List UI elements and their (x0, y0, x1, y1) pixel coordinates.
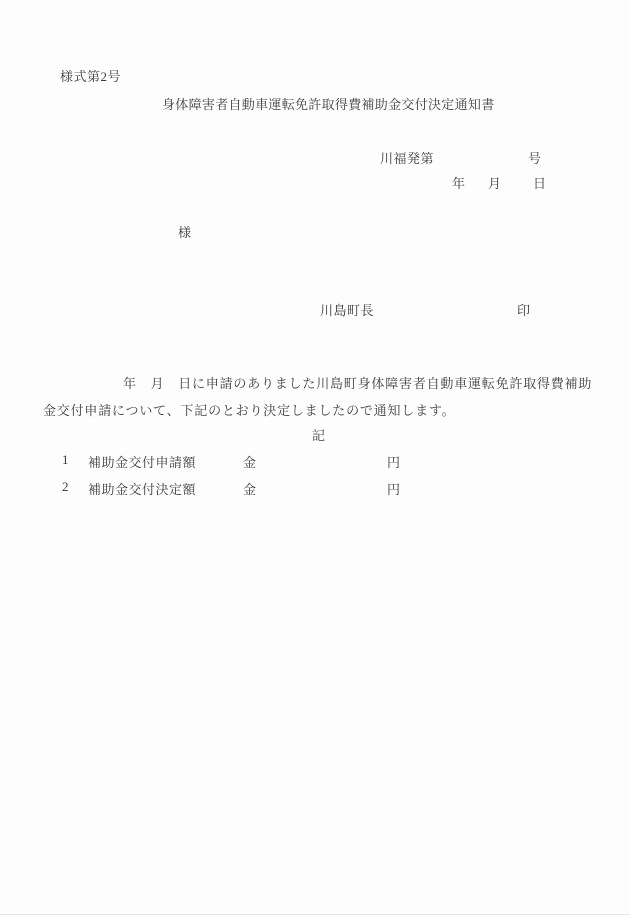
document-title: 身体障害者自動車運転免許取得費補助金交付決定通知書 (162, 94, 495, 113)
date-line: 年 月 日 (0, 173, 630, 189)
notice-document-page: 様式第2号 身体障害者自動車運転免許取得費補助金交付決定通知書 川福発第 号 年… (0, 0, 630, 915)
currency-suffix: 円 (387, 479, 401, 498)
sender-line: 川島町長 印 (0, 300, 630, 316)
date-day-label: 日 (533, 173, 547, 192)
item-number: 2 (62, 479, 69, 495)
item-number: 1 (62, 452, 69, 468)
issue-number-suffix: 号 (528, 148, 542, 167)
issue-number-line: 川福発第 号 (0, 148, 630, 164)
item-row-decision-amount: 2 補助金交付決定額 金 円 (0, 479, 630, 495)
seal-placeholder: 印 (517, 300, 531, 319)
record-marker: 記 (312, 425, 326, 444)
item-row-application-amount: 1 補助金交付申請額 金 円 (0, 452, 630, 468)
date-year-label: 年 (452, 173, 466, 192)
date-month-label: 月 (488, 173, 502, 192)
sender-name: 川島町長 (320, 300, 374, 319)
item-label: 補助金交付申請額 (88, 452, 196, 471)
currency-prefix: 金 (243, 452, 257, 471)
issue-number-prefix: 川福発第 (380, 148, 434, 167)
currency-prefix: 金 (243, 479, 257, 498)
body-paragraph-line1: 年 月 日に申請のありました川島町身体障害者自動車運転免許取得費補助 (123, 373, 592, 392)
currency-suffix: 円 (387, 452, 401, 471)
form-number: 様式第2号 (60, 66, 121, 85)
body-paragraph-line2: 金交付申請について、下記のとおり決定しましたので通知します。 (43, 400, 455, 419)
addressee-honorific: 様 (178, 222, 192, 241)
item-label: 補助金交付決定額 (88, 479, 196, 498)
